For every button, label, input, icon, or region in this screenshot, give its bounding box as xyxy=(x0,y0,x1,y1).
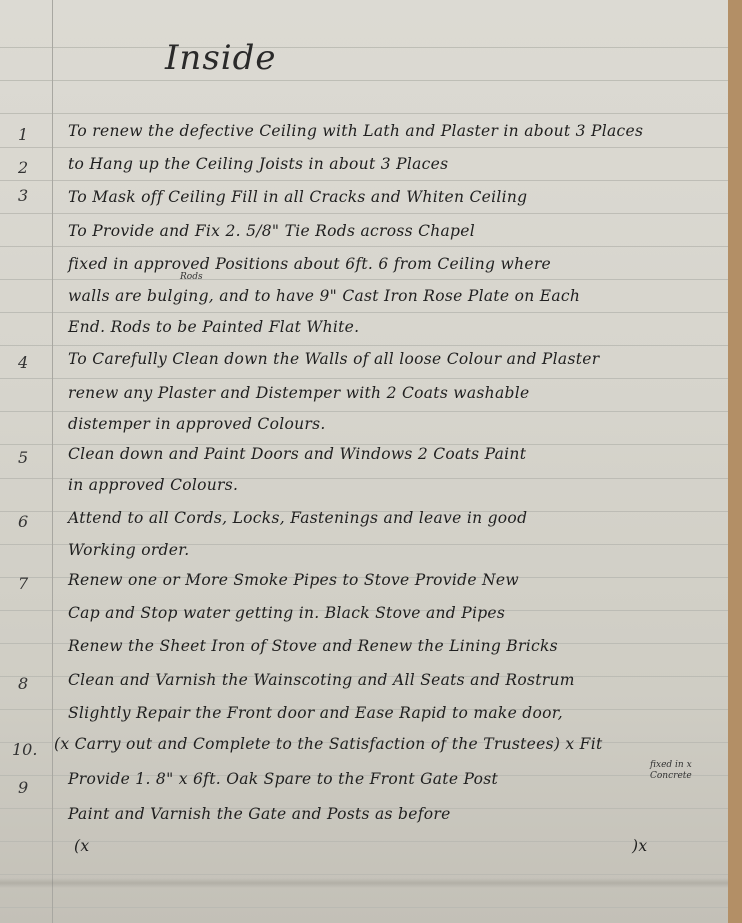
item-line: Slightly Repair the Front door and Ease … xyxy=(68,704,722,722)
item-line: in approved Colours. xyxy=(68,476,722,494)
item-number: 10. xyxy=(12,740,42,759)
page-title: Inside xyxy=(165,38,277,78)
closing-mark-left: (x xyxy=(74,837,89,855)
item-line: To Provide and Fix 2. 5/8" Tie Rods acro… xyxy=(68,222,722,240)
item-line: End. Rods to be Painted Flat White. xyxy=(68,318,722,336)
ruled-line xyxy=(0,213,728,214)
ruled-line xyxy=(0,378,728,379)
item-line: Cap and Stop water getting in. Black Sto… xyxy=(68,604,722,622)
item-number: 5 xyxy=(18,448,48,467)
closing-mark-right: )x xyxy=(632,837,647,855)
item-line: To renew the defective Ceiling with Lath… xyxy=(68,122,722,140)
handwritten-page: Inside 1 To renew the defective Ceiling … xyxy=(0,0,728,923)
ruled-line xyxy=(0,841,728,842)
ruled-line xyxy=(0,246,728,247)
ruled-line xyxy=(0,147,728,148)
item-line: Clean down and Paint Doors and Windows 2… xyxy=(68,445,722,463)
ruled-line xyxy=(0,113,728,114)
ruled-line xyxy=(0,411,728,412)
item-number: 1 xyxy=(18,125,48,144)
item-line: Provide 1. 8" x 6ft. Oak Spare to the Fr… xyxy=(68,770,722,788)
ruled-line xyxy=(0,47,728,48)
item-number: 9 xyxy=(18,778,48,797)
ruled-line xyxy=(0,874,728,875)
ruled-line xyxy=(0,279,728,280)
item-line: Paint and Varnish the Gate and Posts as … xyxy=(68,805,722,823)
item-line: fixed in approved Positions about 6ft. 6… xyxy=(68,255,722,273)
ruled-line xyxy=(0,345,728,346)
item-line: to Hang up the Ceiling Joists in about 3… xyxy=(68,155,722,173)
item-line: Attend to all Cords, Locks, Fastenings a… xyxy=(68,509,722,527)
item-line: Clean and Varnish the Wainscoting and Al… xyxy=(68,671,722,689)
item-line: (x Carry out and Complete to the Satisfa… xyxy=(54,735,722,753)
item-number: 7 xyxy=(18,574,48,593)
ruled-line xyxy=(0,907,728,908)
item-line: Renew one or More Smoke Pipes to Stove P… xyxy=(68,571,722,589)
item-number: 6 xyxy=(18,512,48,531)
item-line: To Carefully Clean down the Walls of all… xyxy=(68,350,722,368)
insertion-note: Rods xyxy=(180,272,203,282)
item-number: 3 xyxy=(18,186,48,205)
margin-line xyxy=(52,0,53,923)
item-line: renew any Plaster and Distemper with 2 C… xyxy=(68,384,722,402)
item-line: Renew the Sheet Iron of Stove and Renew … xyxy=(68,637,722,655)
ruled-line xyxy=(0,80,728,81)
ruled-line xyxy=(0,312,728,313)
paper-fold xyxy=(0,878,728,888)
item-line: distemper in approved Colours. xyxy=(68,415,722,433)
item-line: walls are bulging, and to have 9" Cast I… xyxy=(68,287,722,305)
item-number: 4 xyxy=(18,353,48,372)
item-number: 2 xyxy=(18,158,48,177)
item-line: To Mask off Ceiling Fill in all Cracks a… xyxy=(68,188,722,206)
item-number: 8 xyxy=(18,674,48,693)
insertion-note: fixed in x Concrete xyxy=(650,760,710,782)
ruled-line xyxy=(0,180,728,181)
item-line: Working order. xyxy=(68,541,722,559)
